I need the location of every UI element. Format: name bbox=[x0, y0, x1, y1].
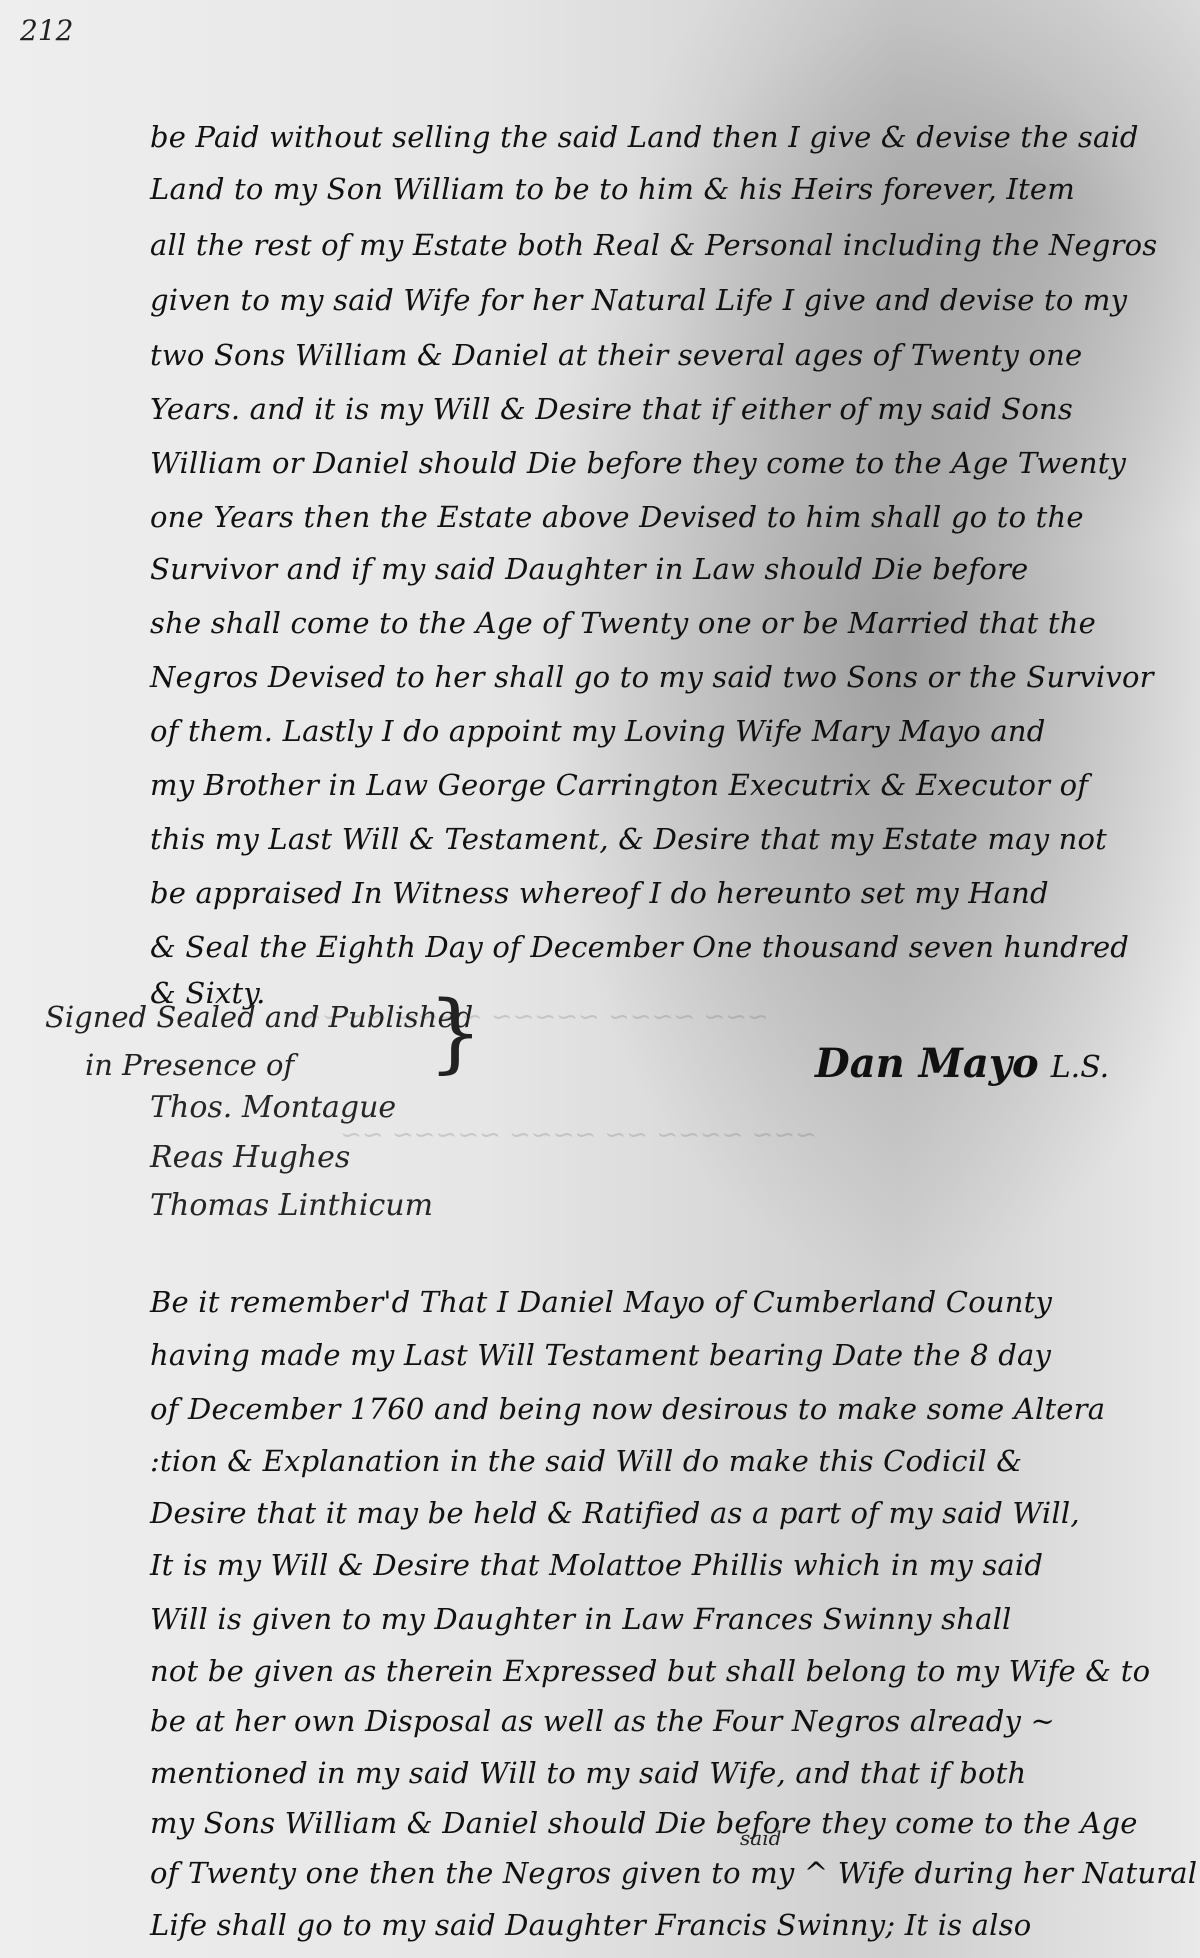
will-line: be Paid without selling the said Land th… bbox=[150, 120, 1139, 154]
attestation-clause: Signed Sealed and Published bbox=[45, 1000, 473, 1034]
will-line: my Brother in Law George Carrington Exec… bbox=[150, 768, 1088, 802]
seal-mark: L.S. bbox=[1051, 1050, 1109, 1085]
codicil-line: Desire that it may be held & Ratified as… bbox=[150, 1496, 1080, 1530]
page-number: 212 bbox=[20, 14, 73, 47]
codicil-line: be at her own Disposal as well as the Fo… bbox=[150, 1704, 1055, 1738]
witness-name: Thos. Montague bbox=[150, 1090, 396, 1125]
interlineation: said bbox=[740, 1826, 781, 1850]
codicil-line: Will is given to my Daughter in Law Fran… bbox=[150, 1602, 1012, 1636]
will-line: given to my said Wife for her Natural Li… bbox=[150, 283, 1127, 317]
will-line: be appraised In Witness whereof I do her… bbox=[150, 876, 1049, 910]
codicil-line: It is my Will & Desire that Molattoe Phi… bbox=[150, 1548, 1043, 1582]
bleed-through-text: ~~~ ~~~~ ~~ ~~~~ ~~~~~ ~~ bbox=[340, 1120, 817, 1150]
will-line: William or Daniel should Die before they… bbox=[150, 446, 1126, 480]
codicil-line: having made my Last Will Testament beari… bbox=[150, 1338, 1051, 1372]
will-line: two Sons William & Daniel at their sever… bbox=[150, 338, 1082, 372]
codicil-line: of Twenty one then the Negros given to m… bbox=[150, 1856, 1197, 1890]
will-line: all the rest of my Estate both Real & Pe… bbox=[150, 228, 1157, 262]
will-line: & Seal the Eighth Day of December One th… bbox=[150, 930, 1129, 964]
codicil-line: Life shall go to my said Daughter Franci… bbox=[150, 1908, 1031, 1942]
will-line: one Years then the Estate above Devised … bbox=[150, 500, 1084, 534]
will-line: Negros Devised to her shall go to my sai… bbox=[150, 660, 1154, 694]
will-line: she shall come to the Age of Twenty one … bbox=[150, 606, 1096, 640]
signature-name: Dan Mayo bbox=[815, 1040, 1039, 1087]
attestation-clause: in Presence of bbox=[85, 1048, 294, 1082]
will-line: Survivor and if my said Daughter in Law … bbox=[150, 552, 1028, 586]
codicil-line: my Sons William & Daniel should Die befo… bbox=[150, 1806, 1138, 1840]
witness-name: Thomas Linthicum bbox=[150, 1188, 433, 1223]
attestation-brace: } bbox=[428, 990, 483, 1076]
will-line: this my Last Will & Testament, & Desire … bbox=[150, 822, 1107, 856]
will-line: Land to my Son William to be to him & hi… bbox=[150, 172, 1075, 206]
testator-signature: Dan MayoL.S. bbox=[815, 1040, 1109, 1087]
witness-name: Reas Hughes bbox=[150, 1140, 350, 1175]
codicil-line: Be it remember'd That I Daniel Mayo of C… bbox=[150, 1285, 1052, 1319]
codicil-line: :tion & Explanation in the said Will do … bbox=[150, 1444, 1022, 1478]
codicil-line: not be given as therein Expressed but sh… bbox=[150, 1654, 1150, 1688]
will-line: of them. Lastly I do appoint my Loving W… bbox=[150, 714, 1045, 748]
codicil-line: mentioned in my said Will to my said Wif… bbox=[150, 1756, 1026, 1790]
will-line: Years. and it is my Will & Desire that i… bbox=[150, 392, 1073, 426]
manuscript-page: 212 ~~~ ~~~~ ~~~~~ ~~~~ ~~~~ ~~~ ~~~~ ~~… bbox=[0, 0, 1200, 1958]
codicil-line: of December 1760 and being now desirous … bbox=[150, 1392, 1105, 1426]
